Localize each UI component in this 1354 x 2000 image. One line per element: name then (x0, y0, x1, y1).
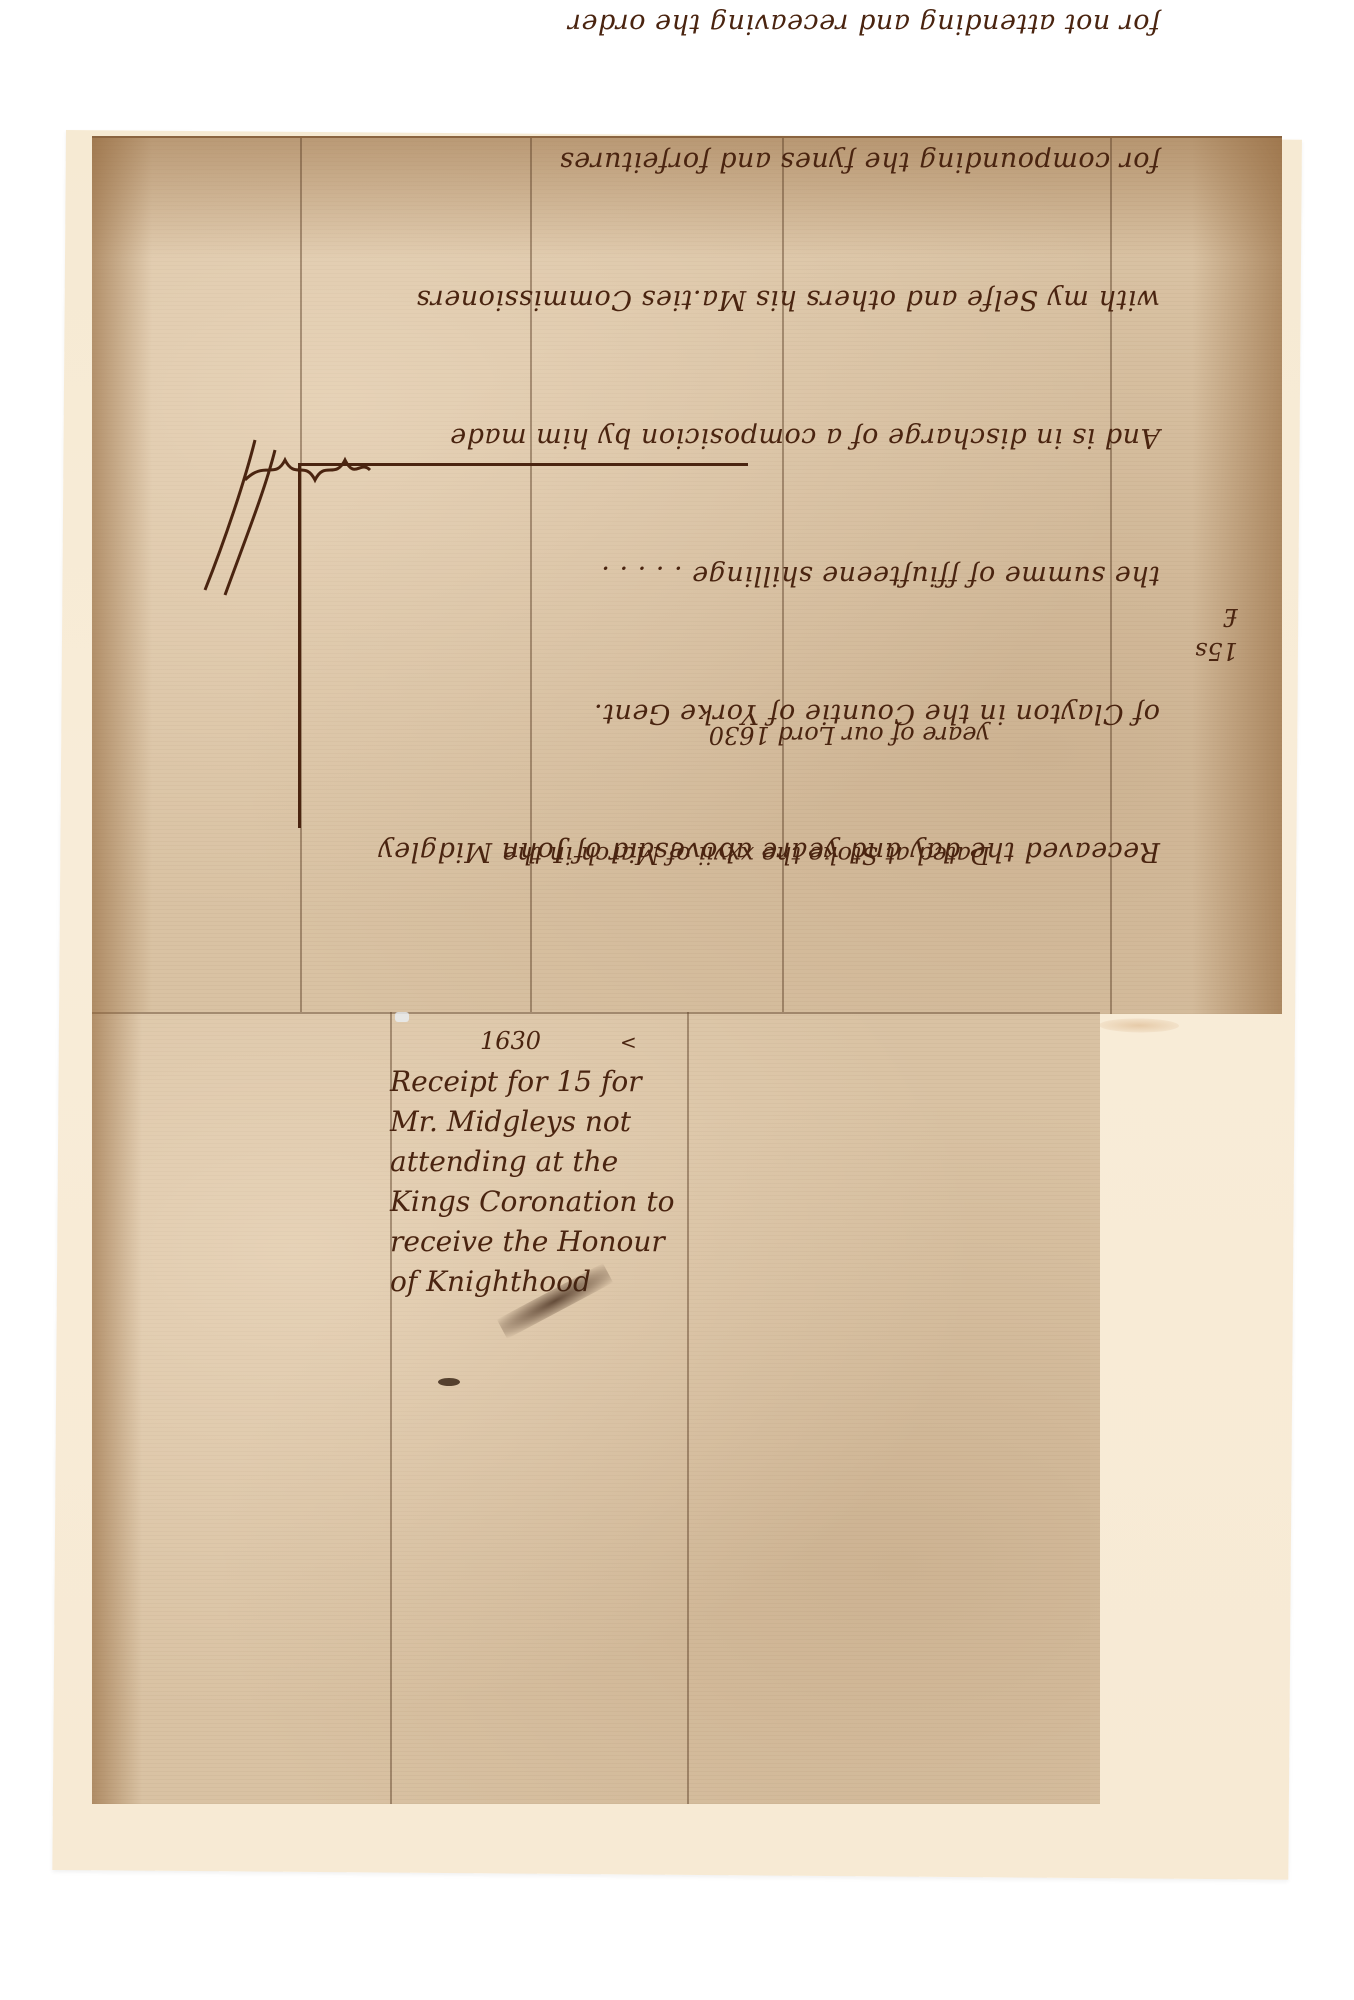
date-line: yeare of our Lord 1630 (330, 715, 990, 755)
letter-date-upside-down: Dated at Stoke the xxvii of March in the… (330, 855, 990, 955)
ink-blot (438, 1378, 460, 1386)
edge-stain-right (1192, 138, 1282, 1014)
endorsement-mark: < (550, 1030, 637, 1054)
letter-line: And is in discharge of a composicion by … (300, 414, 1160, 460)
date-line: Dated at Stoke the xxvii of March in the (330, 835, 990, 875)
endorsement-line: attending at the (390, 1142, 710, 1182)
receipt-endorsement: 1630 < Receipt for 15 for Mr. Midgleys n… (390, 1020, 710, 1302)
endorsement-line: receive the Honour (390, 1222, 710, 1262)
fold-line-horizontal (92, 1012, 1100, 1014)
endorsement-line: Kings Coronation to (390, 1182, 710, 1222)
margin-amount-note: 15s £ (1195, 600, 1238, 668)
letter-line: for not attending and receaving the orde… (300, 0, 1160, 46)
endorsement-line: Receipt for 15 for (390, 1062, 710, 1102)
endorsement-line: Mr. Midgleys not (390, 1102, 710, 1142)
letter-line: with my Selfe and others his Ma.ties Com… (300, 276, 1160, 322)
letter-line: the summe of ffiufteene shillinge . . . … (300, 552, 1160, 598)
edge-stain-left (92, 1012, 142, 1804)
letter-line: for compounding the fynes and forfeiture… (300, 138, 1160, 184)
endorsement-year: 1630 (390, 1027, 541, 1055)
edge-stain-left (92, 138, 152, 1014)
stain (1099, 1018, 1179, 1033)
